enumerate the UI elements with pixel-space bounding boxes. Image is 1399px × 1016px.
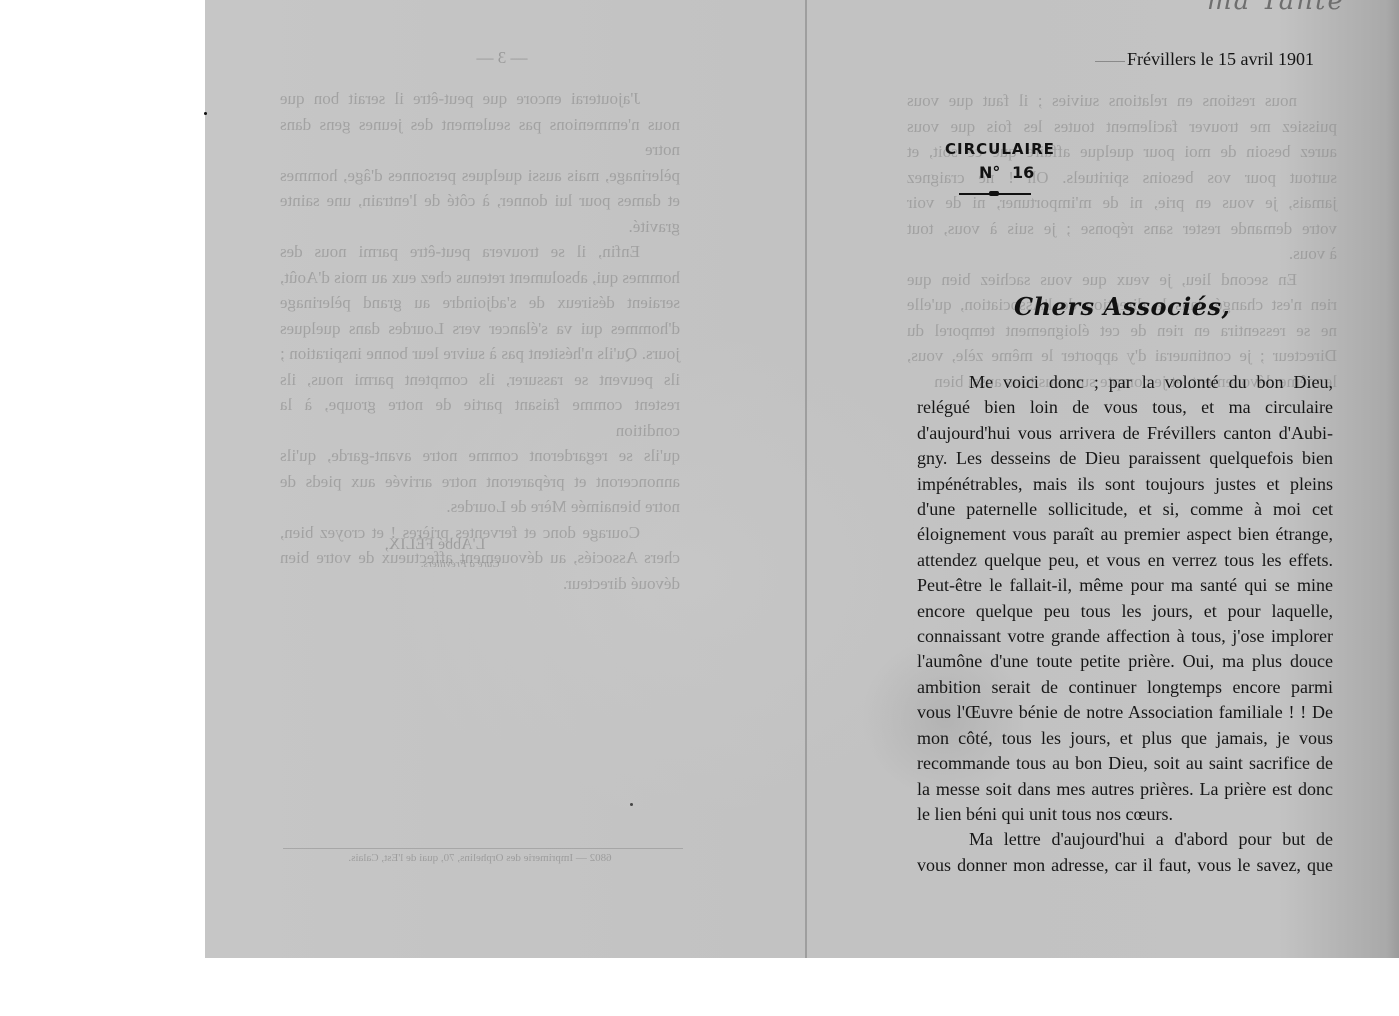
right-page-show-through-text: nous restions en relations suivies ; il … [907,88,1337,394]
circular-number: N° 16 [979,163,1034,182]
letter-line: l'aumône d'une toute petite prière. Oui,… [917,649,1333,674]
show-through-line: seraient désireux de s'adjoindre au gran… [280,290,680,316]
show-through-line: hommes qui, absolument retenus chez eux … [280,265,680,291]
show-through-line: notre bienaimée Mère de Lourdes. [280,494,680,520]
heading-ornament-rule [959,193,1031,195]
letter-line: relégué bien loin de vous tous, et ma ci… [917,395,1333,420]
letter-line: mon côté, tous les jours, et plus que ja… [917,726,1333,751]
show-through-line: annonceront et prépareront notre arrivée… [280,469,680,495]
imprint-rule [283,848,683,849]
letter-line: Peut-être le fallait-il, même pour ma sa… [917,573,1333,598]
signature-show-through: L'Abbé FÉLIX, Curé à Frévillers. [325,536,545,570]
show-through-line: dévoué directeur. [280,571,680,597]
show-through-line: pèlerinage, mais aussi quelques personne… [280,163,680,189]
circular-title: CIRCULAIRE [945,140,1055,158]
show-through-line: nous n'emmenions pas seulement des jeune… [280,112,680,163]
show-through-line: et dames pour lui donner, à côté de l'en… [280,188,680,214]
letter-line: vous donner mon adresse, car il faut, vo… [917,853,1333,878]
show-through-line: votre demande rester sans réponse ; je s… [907,216,1337,242]
show-through-line: gravité. [280,214,680,240]
letter-line: Ma lettre d'aujourd'hui a d'abord pour b… [917,827,1333,852]
letter-line: recommande tous au bon Dieu, soit au sai… [917,751,1333,776]
dateline: Frévillers le 15 avril 1901 [1127,49,1314,70]
show-through-line: nous restions en relations suivies ; il … [907,88,1337,114]
salutation: Chers Associés, [1014,292,1230,321]
letter-line: d'aujourd'hui vous arrivera de Fréviller… [917,421,1333,446]
show-through-line: surtout pour vos besoins spirituels. Oh … [907,165,1337,191]
ink-speck [630,803,633,806]
letter-line: connaissant votre grande affection à tou… [917,624,1333,649]
letter-line: le lien béni qui unit tous nos cœurs. [917,802,1333,827]
show-through-line: restent comme faisant partie de notre gr… [280,392,680,443]
left-page-show-through-text: J'ajouterai encore que peut-être il sera… [280,86,680,596]
signature-name: L'Abbé FÉLIX, [325,536,545,554]
letter-line: encore quelque peu tous les jours, et po… [917,599,1333,624]
show-through-line: qu'ils se regarderont comme notre avant-… [280,443,680,469]
letter-line: d'une paternelle sollicitude, et si, com… [917,497,1333,522]
imprint-show-through: 6802 — Imprimerie des Orphelins, 70, qua… [315,852,645,864]
show-through-line: ils peuvent se rassurer, ils comptent pa… [280,367,680,393]
show-through-line: jours. Qu'ils n'hésitent pas à suivre le… [280,341,680,367]
show-through-line: ne se ressentira en rien de cet éloignem… [907,318,1337,344]
letter-line: attendez quelque peu, et vous en verrez … [917,548,1333,573]
letter-body: Me voici donc ; par la volonté du bon Di… [917,370,1333,878]
letter-line: la messe soit dans mes autres prières. L… [917,777,1333,802]
show-through-line: d'hommes qui va s'élancer vers Lourdes d… [280,316,680,342]
letter-line: Me voici donc ; par la volonté du bon Di… [917,370,1333,395]
letter-line: gny. Les desseins de Dieu paraissent que… [917,446,1333,471]
ink-speck [204,112,207,115]
letter-line: impénétrables, mais ils sont toujours ju… [917,472,1333,497]
letter-line: vous l'Œuvre bénie de notre Association … [917,700,1333,725]
show-through-line: Directeur ; je continuerai d'y apporter … [907,343,1337,369]
left-page: — 3 — J'ajouterai encore que peut-être i… [205,0,805,958]
letter-line: ambition serait de continuer longtemps e… [917,675,1333,700]
show-through-line: Enfin, il se trouvera peut-être parmi no… [280,239,680,265]
show-through-line: En second lieu, je veux que vous sachiez… [907,267,1337,293]
dateline-dash [1095,61,1125,62]
right-page: nous restions en relations suivies ; il … [807,0,1399,958]
letter-line: éloignement vous paraît au premier aspec… [917,522,1333,547]
show-through-line: J'ajouterai encore que peut-être il sera… [280,86,680,112]
page-number-show-through: — 3 — [467,48,537,68]
handwritten-note: ma Tante [1207,0,1399,16]
show-through-line: à vous. [907,241,1337,267]
signature-title: Curé à Frévillers. [325,558,595,570]
show-through-line: puissiez me trouver facilement toutes le… [907,114,1337,140]
